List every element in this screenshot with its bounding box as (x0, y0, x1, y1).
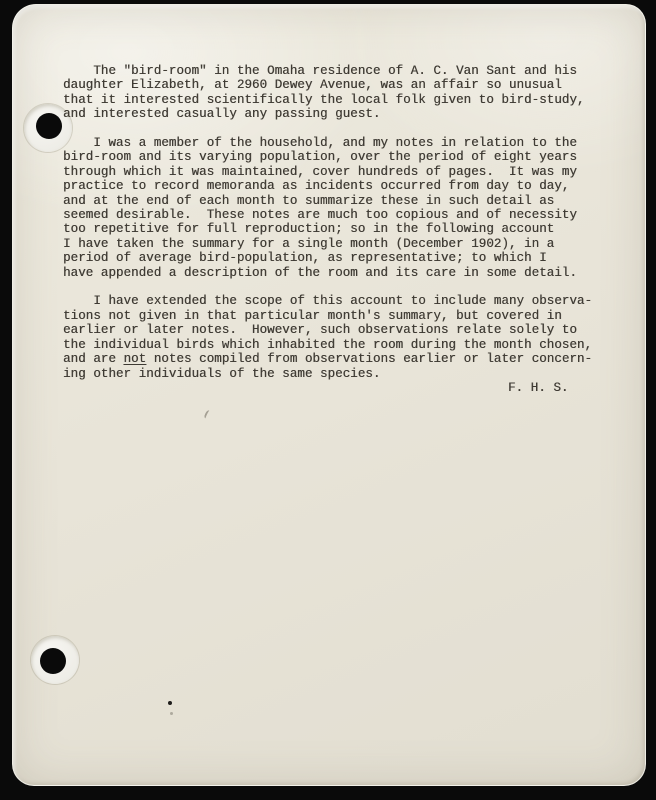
paper-mark-dot (168, 701, 172, 705)
paragraph-scope: I have extended the scope of this accoun… (63, 294, 627, 380)
paper-mark-dot-faint (170, 712, 173, 715)
punch-hole-bottom (40, 648, 66, 674)
scan-background: The "bird-room" in the Omaha residence o… (0, 0, 656, 800)
signature-initials: F. H. S. (63, 381, 627, 395)
paragraph-intro: The "bird-room" in the Omaha residence o… (63, 64, 627, 122)
paragraph-notes: I was a member of the household, and my … (63, 136, 627, 280)
typewritten-text: The "bird-room" in the Omaha residence o… (63, 64, 627, 395)
paper-mark-squiggle (203, 409, 211, 419)
underlined-word-not: not (123, 352, 146, 366)
punch-hole-top (36, 113, 62, 139)
document-page: The "bird-room" in the Omaha residence o… (12, 4, 646, 786)
